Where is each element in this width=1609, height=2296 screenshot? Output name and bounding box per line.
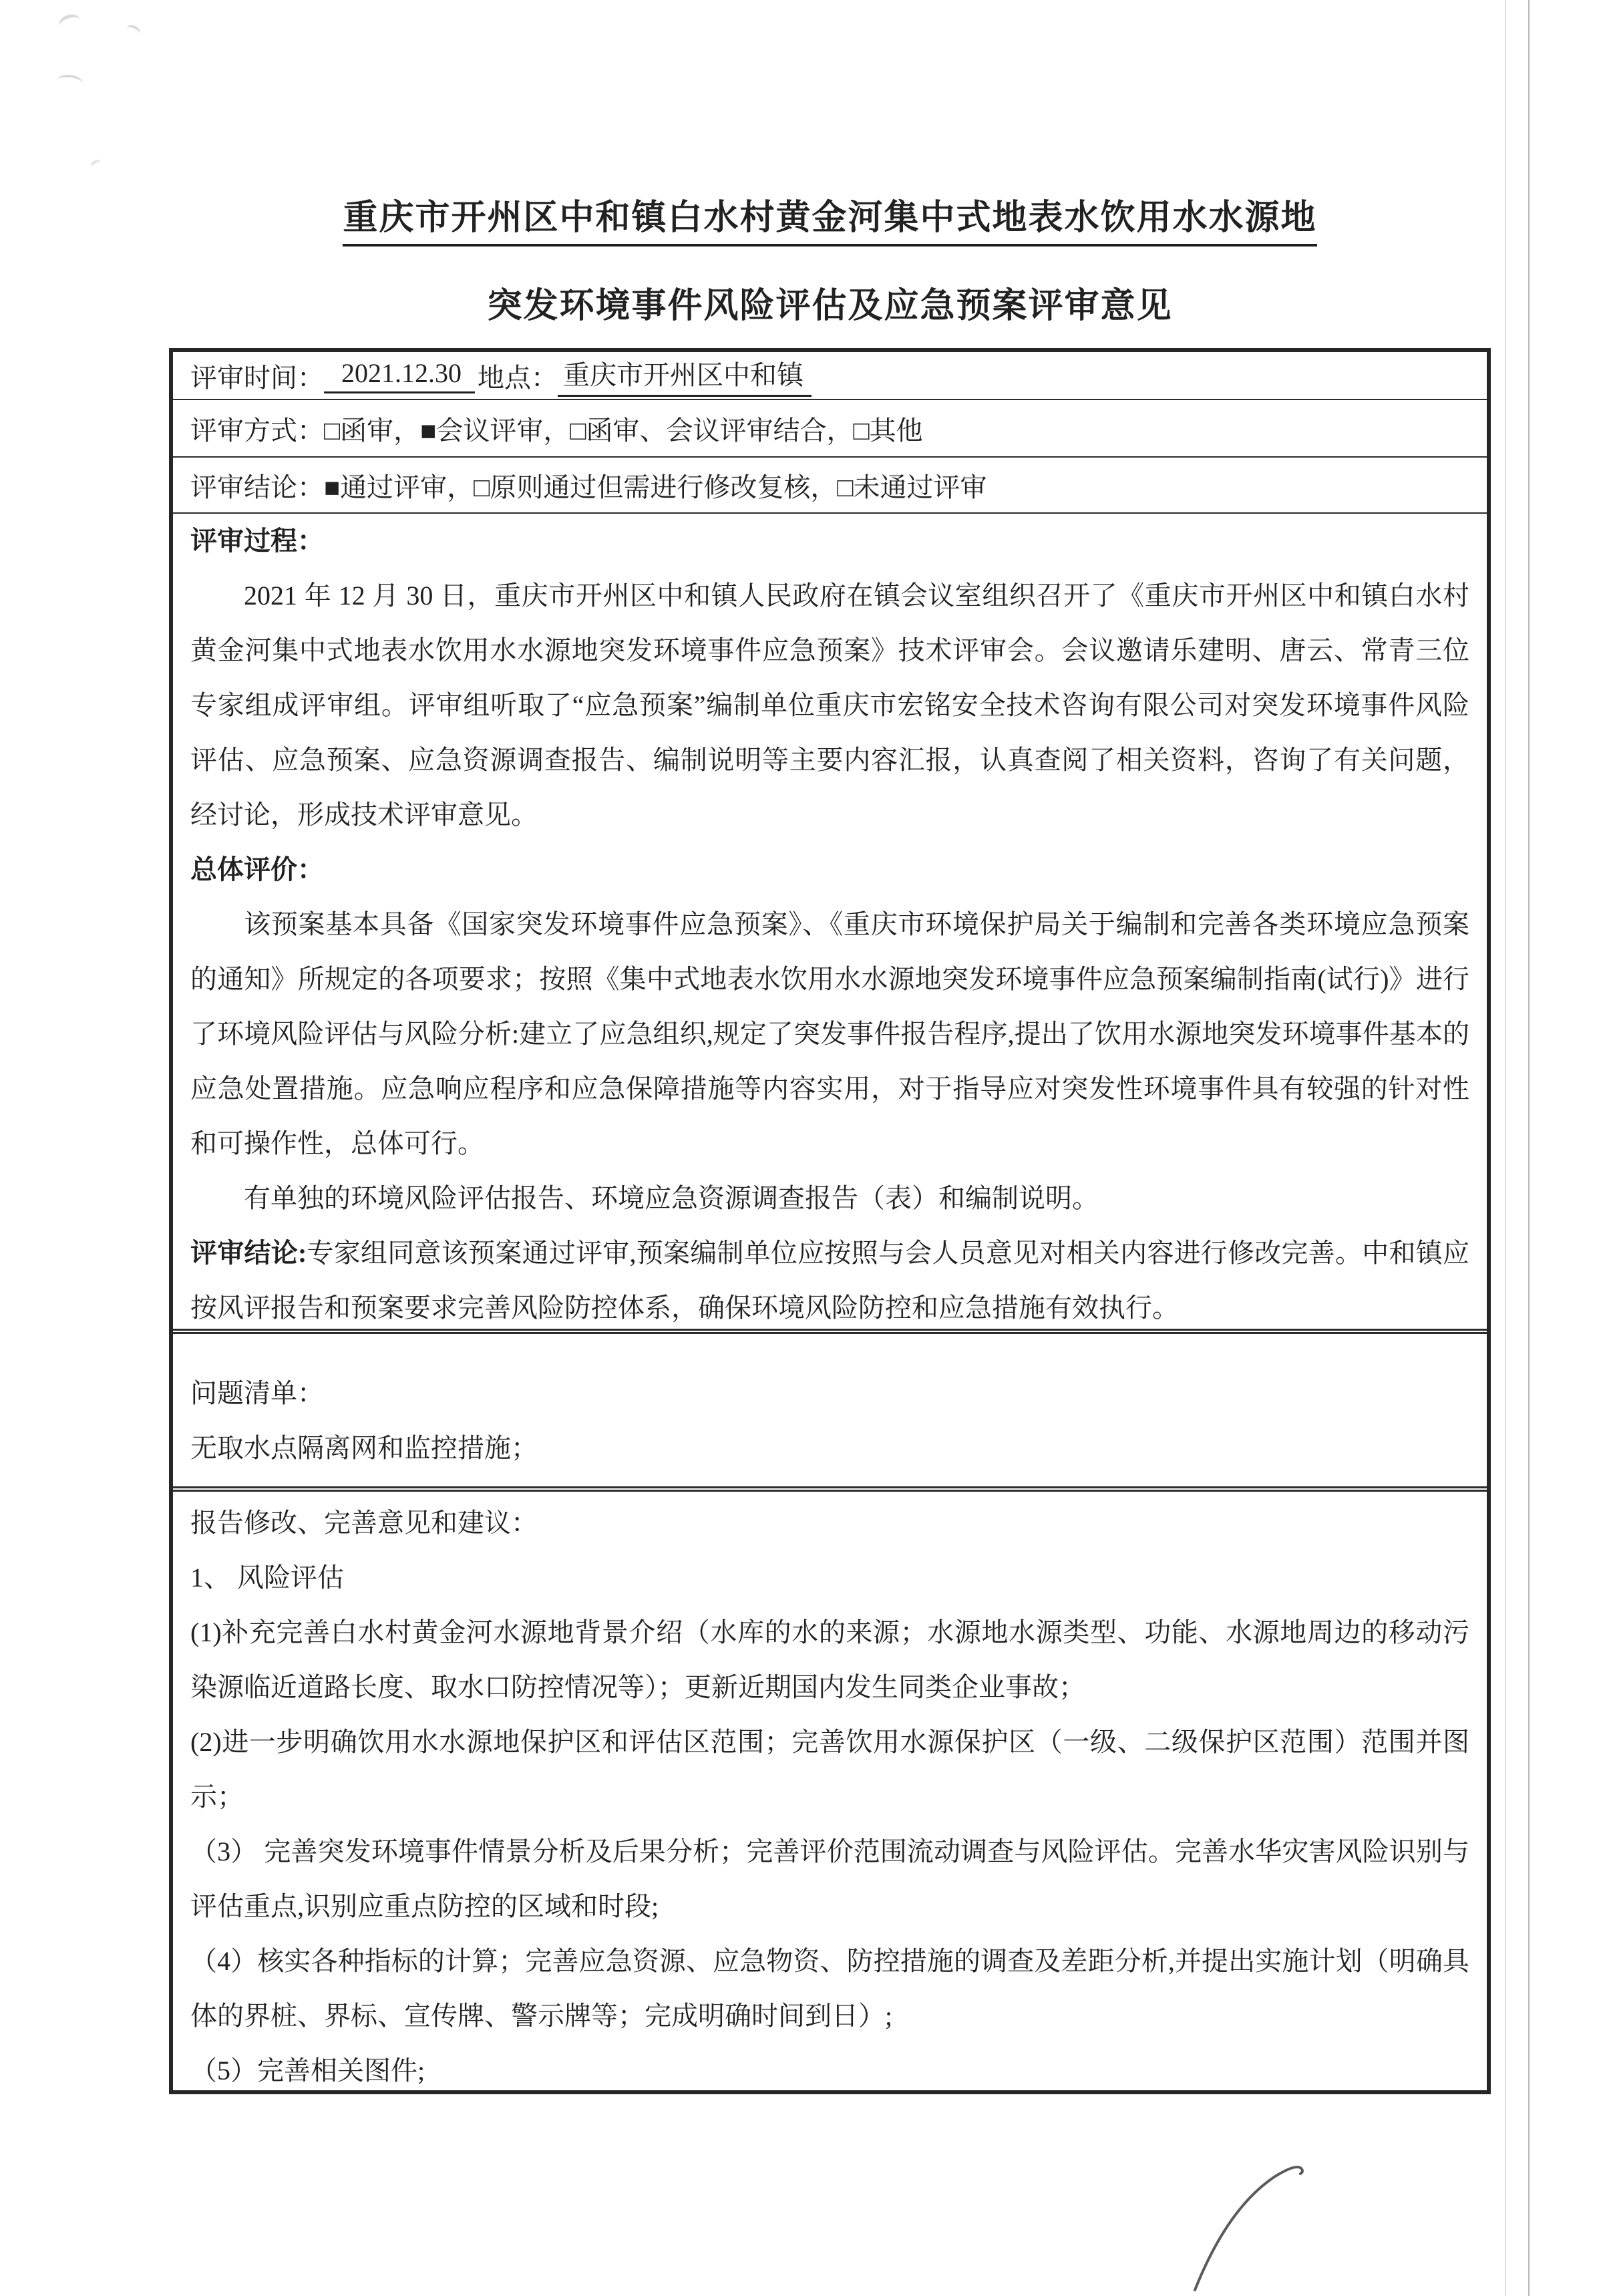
row-review-process-and-evaluation: 评审过程： 2021 年 12 月 30 日，重庆市开州区中和镇人民政府在镇会议… [173,512,1487,1329]
review-process-heading: 评审过程： [190,514,1469,568]
overall-evaluation-paragraph2: 有单独的环境风险评估报告、环境应急资源调查报告（表）和编制说明。 [190,1171,1469,1226]
scan-artifact [57,11,84,35]
review-place-value: 重庆市开州区中和镇 [558,354,812,397]
review-verdict-text: 专家组同意该预案通过评审,预案编制单位应按照与会人员意见对相关内容进行修改完善。… [190,1238,1469,1323]
scanned-document-page: 重庆市开州区中和镇白水村黄金河集中式地表水饮用水水源地 突发环境事件风险评估及应… [0,0,1609,2296]
scan-artifact [124,23,142,39]
document-title-underlined-text: 重庆市开州区中和镇白水村黄金河集中式地表水饮用水水源地 [343,199,1316,247]
review-method-label: 评审方式： [190,409,324,448]
row-review-conclusion-options: 评审结论：■通过评审，□原则通过但需进行修改复核，□未通过评审 [173,456,1487,512]
review-process-paragraph: 2021 年 12 月 30 日，重庆市开州区中和镇人民政府在镇会议室组织召开了… [190,568,1469,842]
review-conclusion-options: ■通过评审，□原则通过但需进行修改复核，□未通过评审 [324,466,987,504]
review-conclusion-label: 评审结论： [190,466,324,504]
review-place-label: 地点： [478,357,558,395]
review-opinion-table: 评审时间：2021.12.30地点：重庆市开州区中和镇 评审方式：□函审，■会议… [169,348,1491,2094]
row-review-time-and-place: 评审时间：2021.12.30地点：重庆市开州区中和镇 [173,352,1487,399]
scan-artifact [57,73,83,90]
overall-evaluation-heading: 总体评价： [190,842,1469,897]
issue-list-item: 无取水点隔离网和监控措施； [190,1421,1469,1476]
scanner-edge-line [1528,0,1530,2296]
overall-evaluation-paragraph1: 该预案基本具备《国家突发环境事件应急预案》、《重庆市环境保护局关于编制和完善各类… [190,897,1469,1171]
review-verdict-paragraph: 评审结论:专家组同意该预案通过评审,预案编制单位应按照与会人员意见对相关内容进行… [190,1226,1469,1335]
row-issue-list: 问题清单： 无取水点隔离网和监控措施； [173,1329,1487,1486]
suggestion-item: （5）完善相关图件; [190,2043,1469,2098]
scanner-edge-line [1505,0,1506,2296]
review-time-value: 2021.12.30 [324,357,475,393]
review-method-options: □函审，■会议评审，□函审、会议评审结合，□其他 [324,409,923,448]
issue-list-heading: 问题清单： [190,1366,1469,1421]
review-time-label: 评审时间： [190,357,324,395]
suggestion-item: （4）核实各种指标的计算；完善应急资源、应急物资、防控措施的调查及差距分析,并提… [190,1934,1469,2043]
row-revision-suggestions: 报告修改、完善意见和建议： 1、 风险评估 (1)补充完善白水村黄金河水源地背景… [173,1486,1487,2090]
suggestions-heading: 报告修改、完善意见和建议： [190,1496,1469,1550]
suggestion-item: (1)补充完善白水村黄金河水源地背景介绍（水库的水的来源；水源地水源类型、功能、… [190,1605,1469,1715]
document-title-line1: 重庆市开州区中和镇白水村黄金河集中式地表水饮用水水源地 [169,198,1491,239]
review-verdict-heading: 评审结论: [190,1238,307,1268]
row-review-method: 评审方式：□函审，■会议评审，□函审、会议评审结合，□其他 [173,399,1487,456]
suggestion-item: 1、 风险评估 [190,1550,1469,1605]
suggestion-item: （3） 完善突发环境事件情景分析及后果分析；完善评价范围流动调查与风险评估。完善… [190,1824,1469,1934]
document-title-line2: 突发环境事件风险评估及应急预案评审意见 [169,286,1491,327]
suggestion-item: (2)进一步明确饮用水水源地保护区和评估区范围；完善饮用水源保护区（一级、二级保… [190,1715,1469,1824]
scan-artifact [90,158,103,170]
